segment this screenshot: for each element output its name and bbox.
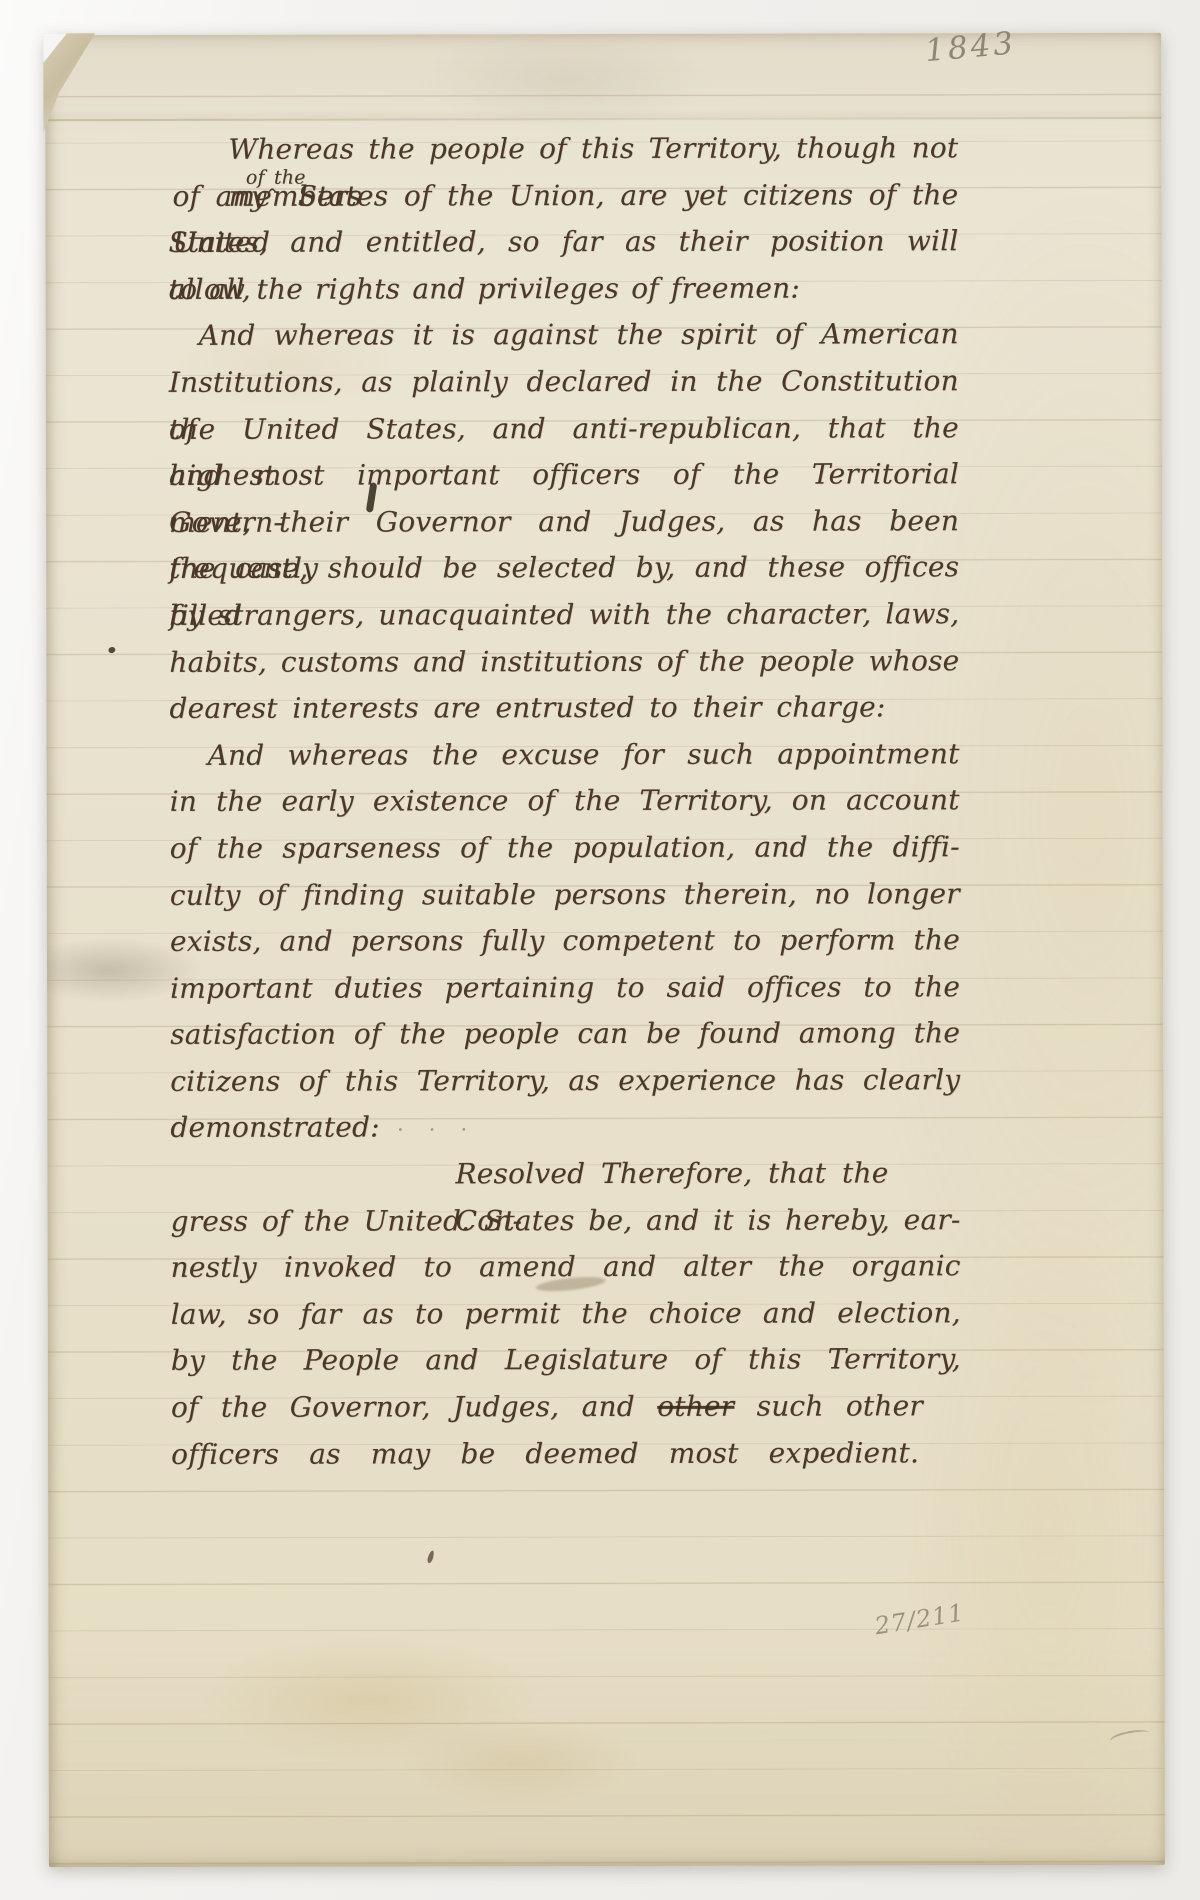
- manuscript-line: of anyof the^ States of the Union, are y…: [172, 172, 958, 220]
- manuscript-line: officers as may be deemed most expedient…: [171, 1430, 919, 1478]
- manuscript-line: gress of the United. States be, and it i…: [171, 1197, 961, 1245]
- manuscript-line: of the Governor, Judges, and other such …: [171, 1383, 923, 1431]
- manuscript-line: exists, and persons fully competent to p…: [170, 917, 960, 965]
- manuscript-line: And whereas it is against the spirit of …: [199, 312, 959, 360]
- document-scan: 1843 Whereas the people of this Territor…: [0, 0, 1200, 1900]
- manuscript-line: of the sparseness of the population, and…: [170, 824, 960, 872]
- manuscript-line: important duties pertaining to said offi…: [170, 964, 960, 1012]
- manuscript-line: culty of finding suitable persons therei…: [170, 871, 960, 919]
- manuscript-line: in the early existence of the Territory,…: [170, 778, 960, 826]
- manuscript-text: Whereas the people of this Territory, th…: [168, 125, 981, 1478]
- manuscript-line: States, and entitled, so far as their po…: [168, 218, 958, 266]
- interline-insertion: of the^: [267, 177, 282, 205]
- manuscript-line: to all the rights and privileges of free…: [169, 265, 959, 313]
- manuscript-line: Whereas the people of this Territory, th…: [228, 125, 958, 173]
- manuscript-line: law, so far as to permit the choice and …: [171, 1290, 961, 1338]
- manuscript-line: satisfaction of the people can be found …: [170, 1011, 960, 1059]
- manuscript-line: by strangers, unacquainted with the char…: [169, 591, 959, 639]
- manuscript-line: demonstrated: · · ·: [170, 1104, 960, 1152]
- manuscript-line: dearest interests are entrusted to their…: [169, 685, 885, 733]
- manuscript-line: citizens of this Territory, as experienc…: [170, 1057, 960, 1105]
- manuscript-line: ment, their Governor and Judges, as has …: [169, 498, 959, 546]
- manuscript-line: and most important officers of the Terri…: [169, 451, 959, 499]
- manuscript-line: And whereas the excuse for such appointm…: [208, 731, 960, 779]
- manuscript-line: the case, should be selected by, and the…: [169, 545, 959, 593]
- manuscript-line: the United States, and anti-republican, …: [169, 405, 959, 453]
- manuscript-line: Institutions, as plainly declared in the…: [169, 358, 959, 406]
- manuscript-page: 1843 Whereas the people of this Territor…: [45, 33, 1165, 1867]
- manuscript-line: habits, customs and institutions of the …: [169, 638, 959, 686]
- manuscript-line: Resolved Therefore, that the Con-: [455, 1150, 888, 1198]
- manuscript-line: by the People and Legislature of this Te…: [171, 1337, 961, 1385]
